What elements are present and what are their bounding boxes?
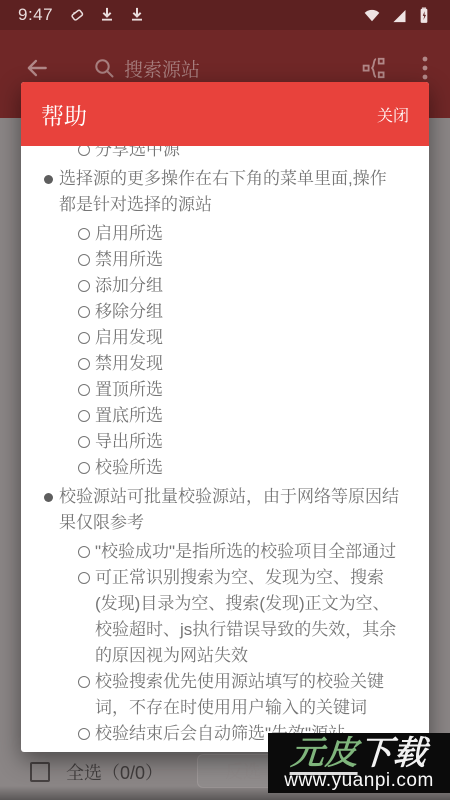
help-list-item: 移除分组 — [21, 299, 429, 325]
help-content-list[interactable]: 分享选中源选择源的更多操作在右下角的菜单里面,操作 都是针对选择的源站启用所选禁… — [21, 146, 429, 752]
status-bar: 9:47 — [0, 0, 450, 30]
search-icon — [92, 56, 116, 80]
help-list-item: 置顶所选 — [21, 377, 429, 403]
hollow-bullet-icon — [73, 403, 95, 429]
help-list-item: 禁用发现 — [21, 351, 429, 377]
help-list-item: "校验成功"是指所选的校验项目全部通过 — [21, 539, 429, 565]
screen: 9:47 — [0, 0, 450, 800]
dialog-title: 帮助 — [41, 98, 377, 131]
help-item-text: 校验源站可批量校验源站，由于网络等原因结 果仅限参考 — [59, 484, 409, 536]
help-list-item: 校验源站可批量校验源站，由于网络等原因结 果仅限参考 — [21, 484, 429, 536]
help-item-text: 置顶所选 — [95, 377, 173, 403]
group-icon[interactable] — [362, 55, 388, 81]
hollow-bullet-icon — [73, 721, 95, 747]
hollow-bullet-icon — [73, 565, 95, 591]
watermark-brand-white: 下载 — [358, 734, 429, 771]
download-icon — [97, 5, 117, 25]
help-list-item: 分享选中源 — [21, 146, 429, 163]
hollow-bullet-icon — [73, 455, 95, 481]
help-item-text: 禁用所选 — [95, 247, 173, 273]
help-item-text: "校验成功"是指所选的校验项目全部通过 — [95, 539, 406, 565]
filled-bullet-icon — [37, 166, 59, 192]
help-list-item: 禁用所选 — [21, 247, 429, 273]
help-item-text: 启用发现 — [95, 325, 173, 351]
help-list-item: 校验搜索优先使用源站填写的校验关键 词，不存在时使用用户输入的关键词 — [21, 669, 429, 721]
help-list-item: 选择源的更多操作在右下角的菜单里面,操作 都是针对选择的源站 — [21, 166, 429, 218]
hollow-bullet-icon — [73, 247, 95, 273]
hollow-bullet-icon — [73, 669, 95, 695]
select-all-label: 全选（0/0） — [66, 759, 163, 785]
search-placeholder: 搜索源站 — [124, 55, 200, 82]
hollow-bullet-icon — [73, 325, 95, 351]
hollow-bullet-icon — [73, 429, 95, 455]
help-item-text: 分享选中源 — [95, 146, 190, 163]
help-list-item: 可正常识别搜索为空、发现为空、搜索 (发现)目录为空、搜索(发现)正文为空、 校… — [21, 565, 429, 669]
watermark: 元皮下载 www.yuanpi.com — [268, 733, 450, 793]
help-list-item: 启用所选 — [21, 221, 429, 247]
battery-charging-icon — [414, 5, 434, 25]
hollow-bullet-icon — [73, 221, 95, 247]
help-item-text: 选择源的更多操作在右下角的菜单里面,操作 都是针对选择的源站 — [59, 166, 397, 218]
help-item-text: 导出所选 — [95, 429, 173, 455]
help-item-text: 禁用发现 — [95, 351, 173, 377]
watermark-brand-green: 元皮 — [289, 734, 360, 775]
help-item-text: 校验搜索优先使用源站填写的校验关键 词，不存在时使用用户输入的关键词 — [95, 669, 394, 721]
help-list-item: 添加分组 — [21, 273, 429, 299]
help-dialog-header: 帮助 关闭 — [21, 82, 429, 146]
help-list-item: 导出所选 — [21, 429, 429, 455]
hollow-bullet-icon — [73, 539, 95, 565]
overflow-menu-icon[interactable] — [414, 55, 436, 81]
help-item-text: 可正常识别搜索为空、发现为空、搜索 (发现)目录为空、搜索(发现)正文为空、 校… — [95, 565, 406, 669]
help-dialog: 帮助 关闭 分享选中源选择源的更多操作在右下角的菜单里面,操作 都是针对选择的源… — [21, 82, 429, 752]
hollow-bullet-icon — [73, 273, 95, 299]
hollow-bullet-icon — [73, 377, 95, 403]
help-item-text: 置底所选 — [95, 403, 173, 429]
hollow-bullet-icon — [73, 299, 95, 325]
watermark-brand: 元皮下载 — [290, 736, 428, 770]
hollow-bullet-icon — [73, 146, 95, 163]
cellular-signal-icon — [388, 5, 408, 25]
search-input[interactable]: 搜索源站 — [92, 55, 362, 82]
help-item-text: 添加分组 — [95, 273, 173, 299]
hollow-bullet-icon — [73, 351, 95, 377]
clock: 9:47 — [18, 5, 53, 25]
select-all-checkbox[interactable] — [30, 762, 50, 782]
help-item-text: 移除分组 — [95, 299, 173, 325]
label-icon — [67, 5, 87, 25]
close-button[interactable]: 关闭 — [377, 103, 409, 126]
back-arrow-icon[interactable] — [24, 55, 50, 81]
download-icon — [127, 5, 147, 25]
help-list-item: 启用发现 — [21, 325, 429, 351]
help-item-text: 启用所选 — [95, 221, 173, 247]
help-list-item: 置底所选 — [21, 403, 429, 429]
help-item-text: 校验所选 — [95, 455, 173, 481]
filled-bullet-icon — [37, 484, 59, 510]
help-list-item: 校验所选 — [21, 455, 429, 481]
wifi-icon — [362, 5, 382, 25]
